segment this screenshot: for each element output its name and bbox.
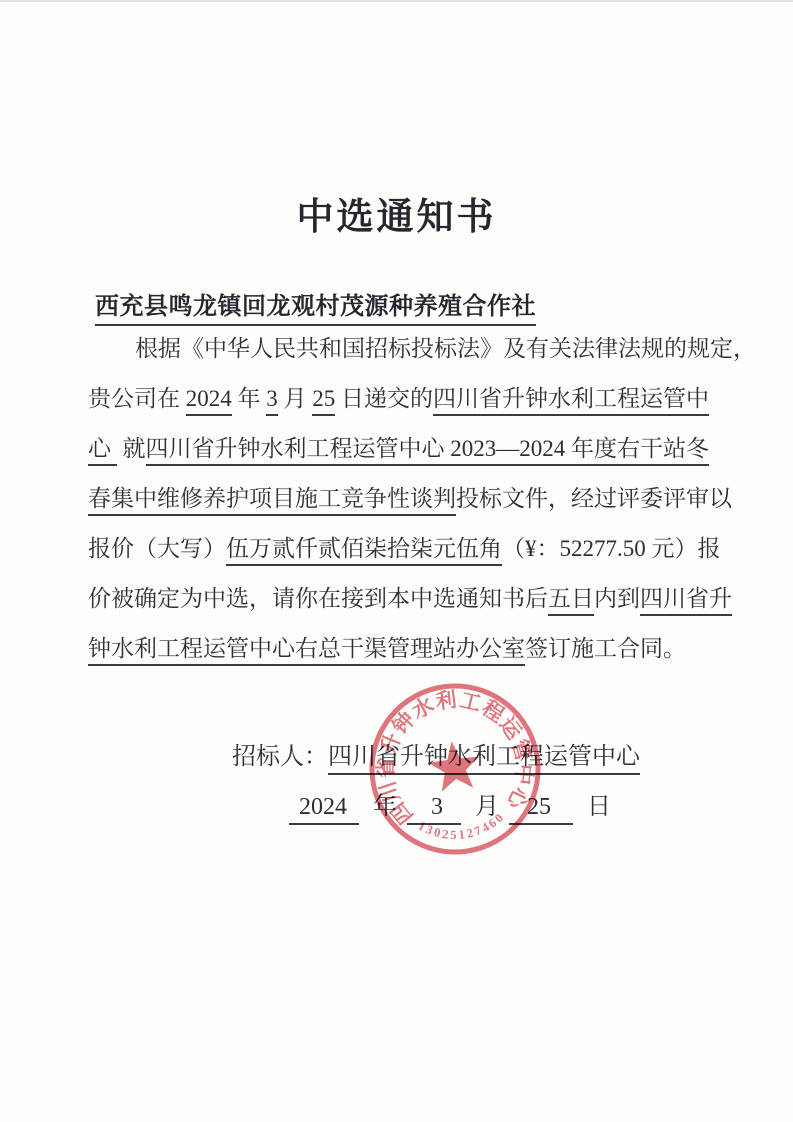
filled-blank-text: 钟水利工程运管中心右总干渠管理站办公室 (88, 636, 525, 666)
body-text: 年 (232, 386, 267, 411)
filled-blank-text: 心 (88, 436, 117, 466)
body-text: 日递交的 (335, 386, 433, 411)
body-text: 贵公司在 (88, 386, 186, 411)
body-text: 报价（大写） (88, 536, 226, 561)
document-title: 中选通知书 (0, 186, 793, 240)
body-text: 内到 (594, 586, 640, 611)
body-text: 价被确定为中选，请你在接到本中选通知书后 (88, 586, 548, 611)
filled-blank-text: 五日 (548, 586, 594, 616)
body-text: 就 (117, 436, 146, 461)
filled-blank-text: 3 (266, 386, 278, 416)
date-month-unit: 月 (475, 794, 499, 820)
body-text: 投标文件，经过评委评审以 (456, 486, 732, 511)
scanned-document-page: 中选通知书 西充县鸣龙镇回龙观村茂源种养殖合作社 根据《中华人民共和国招标投标法… (0, 0, 793, 1122)
body-line: 根据《中华人民共和国招标投标法》及有关法律法规的规定， (88, 324, 706, 374)
date-day: 25 (509, 794, 573, 825)
body-text: 根据《中华人民共和国招标投标法》及有关法律法规的规定， (135, 336, 756, 361)
filled-blank-text: 春集中维修养护项目施工竞争性谈判 (88, 486, 456, 516)
filled-blank-text: 2024 (186, 386, 232, 416)
filled-blank-text: 伍万贰仟贰佰柒拾柒元伍角 (226, 536, 502, 566)
filled-blank-text: 25 (312, 386, 335, 416)
date-line: 2024年3月25日 (289, 792, 621, 822)
body-line: 价被确定为中选，请你在接到本中选通知书后五日内到四川省升 (88, 574, 706, 624)
body-text: 月 (278, 386, 313, 411)
body-line: 春集中维修养护项目施工竞争性谈判投标文件，经过评委评审以 (88, 474, 706, 524)
body-line: 报价（大写）伍万贰仟贰佰柒拾柒元伍角（¥：52277.50 元）报 (88, 524, 706, 574)
body-line: 心 就四川省升钟水利工程运管中心 2023—2024 年度右干站冬 (88, 424, 706, 474)
recipient-name: 西充县鸣龙镇回龙观村茂源种养殖合作社 (95, 286, 536, 326)
date-year-unit: 年 (373, 794, 397, 820)
body-line: 贵公司在 2024 年 3 月 25 日递交的四川省升钟水利工程运管中 (88, 374, 706, 424)
document-body: 根据《中华人民共和国招标投标法》及有关法律法规的规定，贵公司在 2024 年 3… (88, 324, 706, 674)
filled-blank-text: 四川省升 (640, 586, 732, 616)
filled-blank-text: 四川省升钟水利工程运管中 (433, 386, 709, 416)
issuer-line: 招标人：四川省升钟水利工程运管中心 (232, 742, 640, 772)
body-text: 签订施工合同。 (525, 636, 686, 661)
date-year: 2024 (289, 794, 359, 825)
body-text: （¥：52277.50 元）报 (502, 536, 721, 561)
issuer-name: 四川省升钟水利工程运管中心 (328, 744, 640, 775)
date-month: 3 (407, 794, 461, 825)
body-line: 钟水利工程运管中心右总干渠管理站办公室签订施工合同。 (88, 624, 706, 674)
date-day-unit: 日 (587, 794, 611, 820)
issuer-label: 招标人： (232, 744, 328, 770)
filled-blank-text: 四川省升钟水利工程运管中心 2023—2024 年度右干站冬 (146, 436, 710, 466)
